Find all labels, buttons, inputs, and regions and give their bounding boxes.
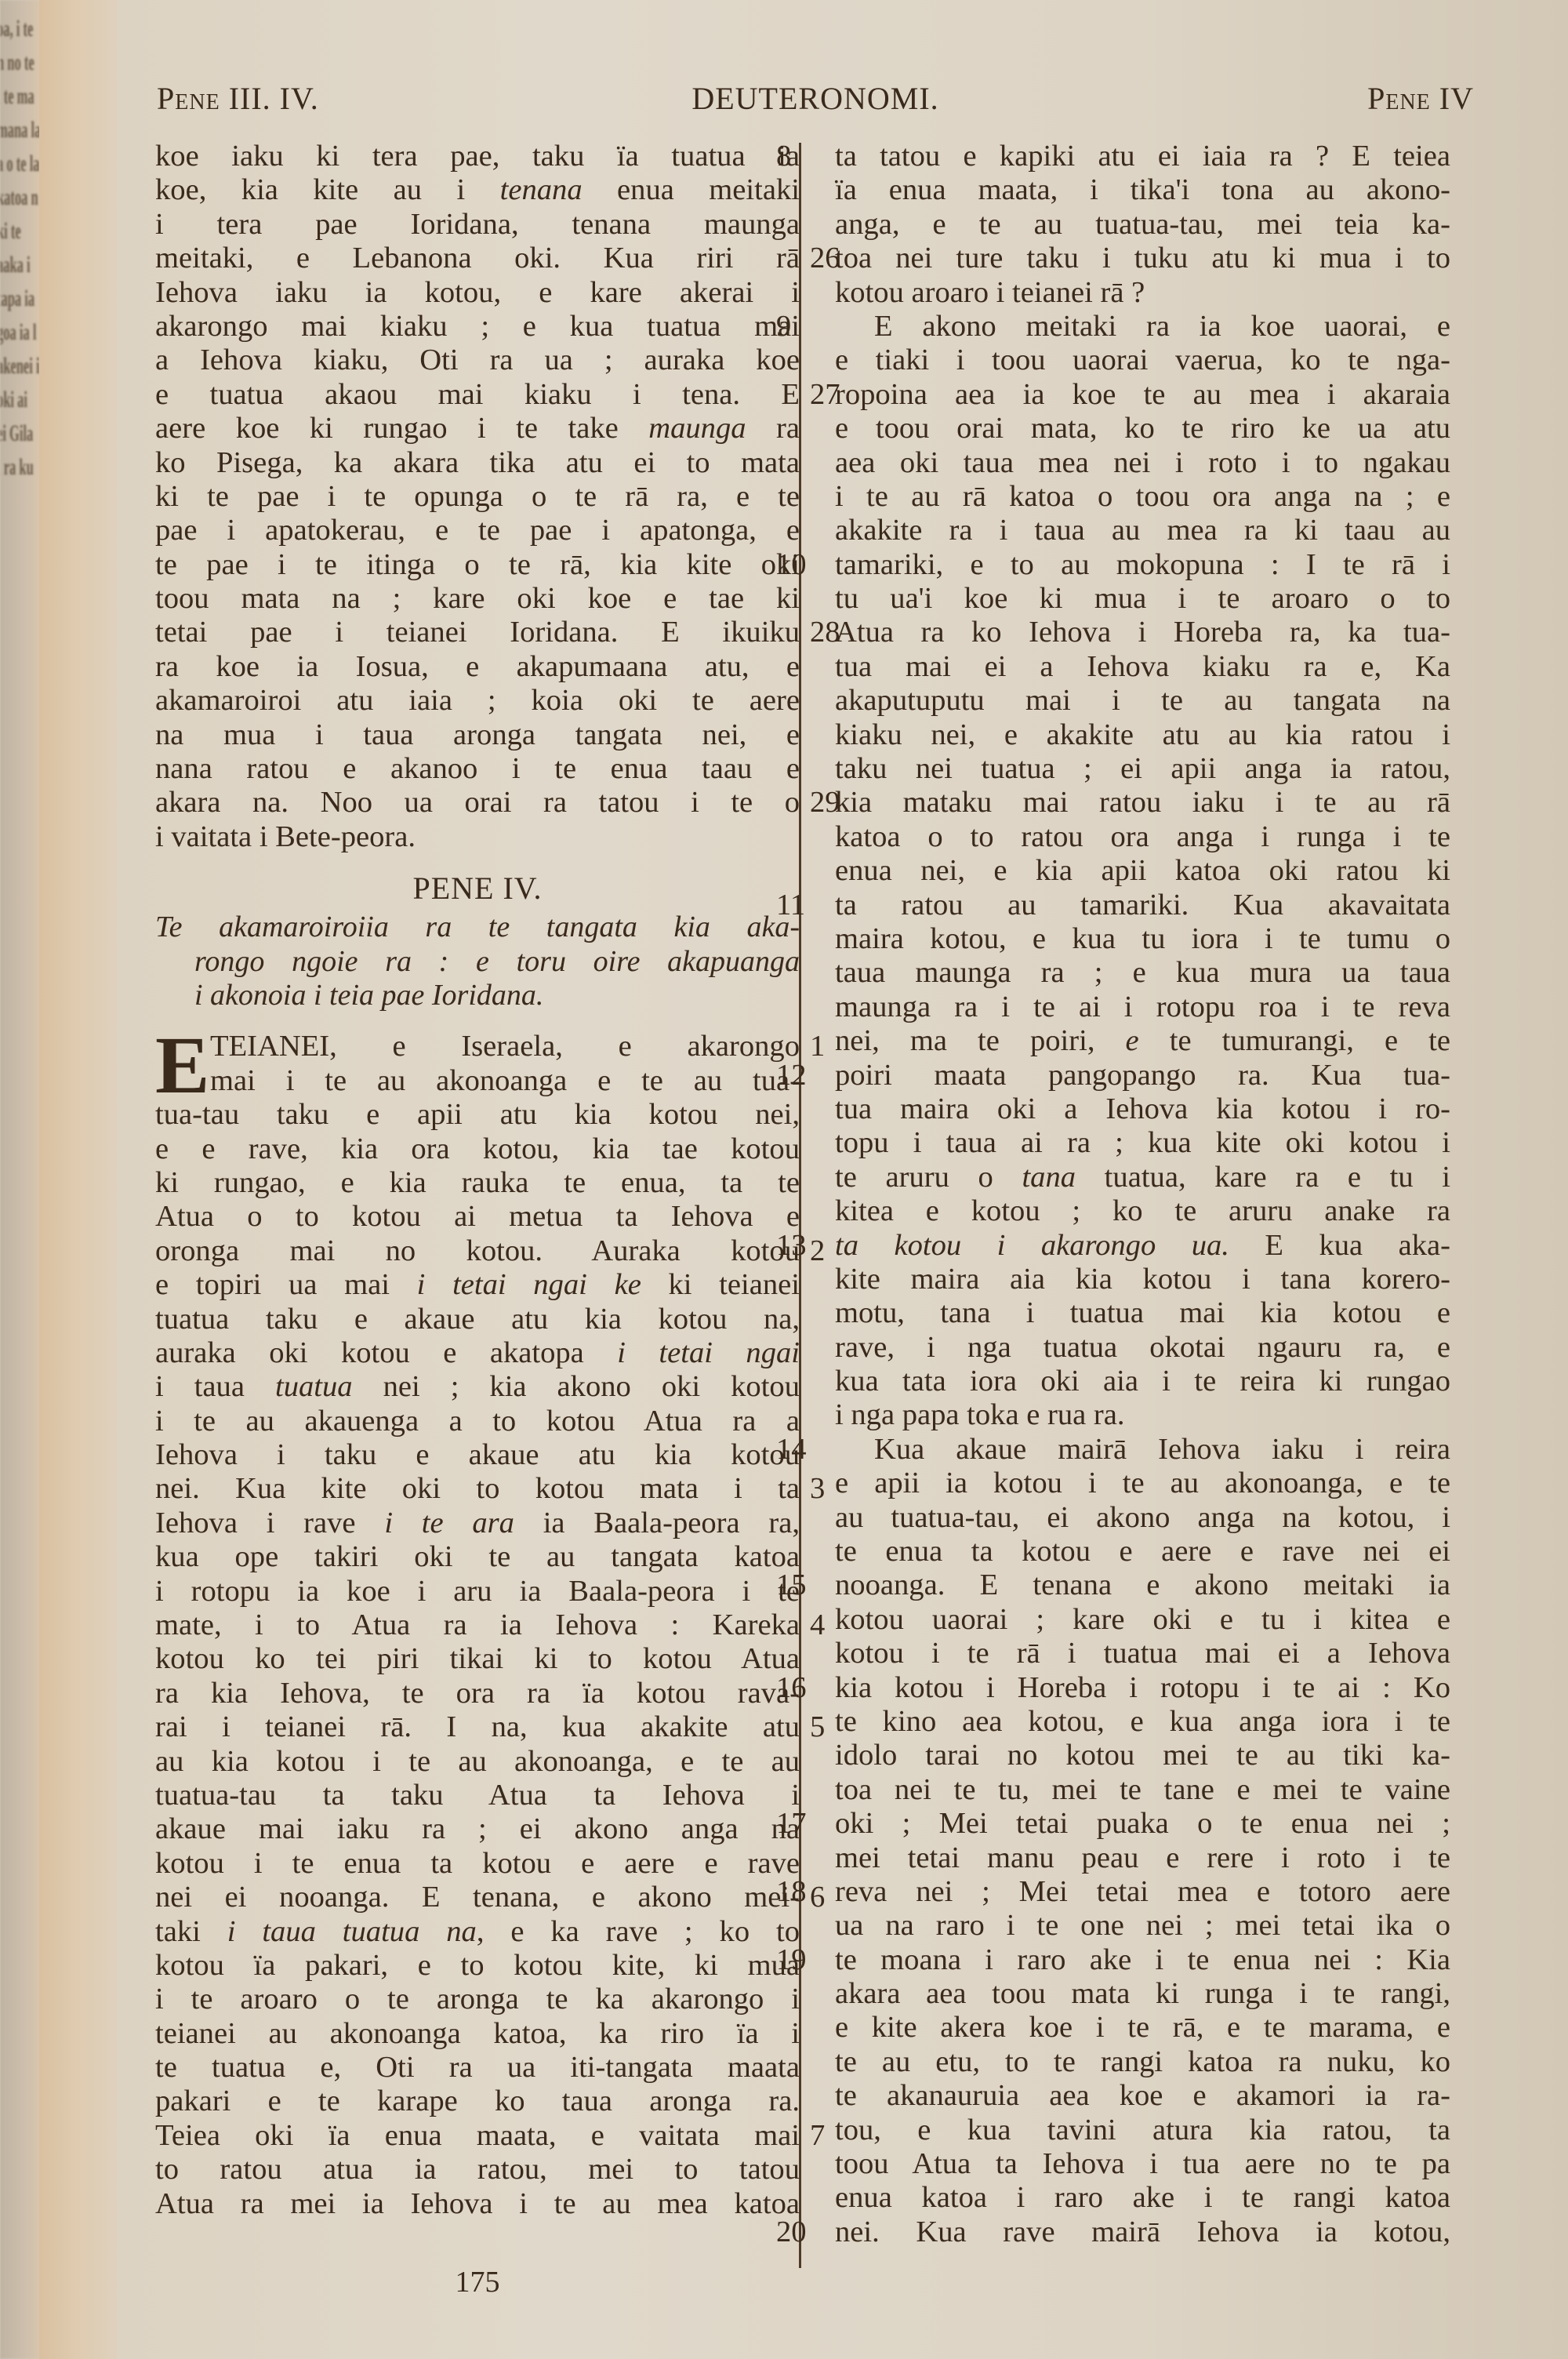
text-line: au kia kotou i te au akonoanga, e te au: [155, 1745, 800, 1779]
text-line: kiaku nei, e akakite atu au kia ratou i: [835, 718, 1450, 752]
text-line: toa nei ture taku i tuku atu ki mua i to: [835, 242, 1450, 275]
text-line: tua mai ei a Iehova kiaku ra e, Ka: [835, 650, 1450, 684]
line-text: akara na. Noo ua orai ra tatou i te o: [155, 786, 800, 820]
bleed-text: goa ia l: [0, 319, 36, 346]
line-text: a Iehova kiaku, Oti ra ua ; auraka koe: [155, 343, 800, 377]
text-line: i nga papa toka e rua ra.: [835, 1398, 1450, 1432]
text-line: i te au rā katoa o toou ora anga na ; e: [835, 480, 1450, 514]
line-text: enua katoa i raro ake i te rangi katoa: [835, 2181, 1450, 2215]
line-text: toou mata na ; kare oki koe e tae ki: [155, 582, 800, 616]
line-text: Iehova i rave i te ara ia Baala-peora ra…: [155, 1507, 800, 1540]
bleed-text: oa, i te: [0, 16, 33, 42]
line-text: e kite akera koe i te rā, e te marama, e: [835, 2011, 1450, 2045]
line-text: kua tata iora oki aia i te reira ki rung…: [835, 1365, 1450, 1398]
line-text: ko Pisega, ka akara tika atu ei to mata: [155, 446, 800, 480]
text-line: katoa o to ratou ora anga i runga i te: [835, 820, 1450, 854]
line-text: tuatua taku e akaue atu kia kotou na,: [155, 1303, 800, 1336]
line-text: kua ope takiri oki te au tangata katoa: [155, 1540, 800, 1574]
text-line: te moana i raro ake i te enua nei : Kia1…: [835, 1943, 1450, 1977]
line-text: tua maira oki a Iehova kia kotou i ro-: [835, 1092, 1450, 1126]
text-line: ra koe ia Iosua, e akapumaana atu, e: [155, 650, 800, 684]
line-text: e toou orai mata, ko te riro ke ua atu: [835, 412, 1450, 445]
verse-number: 14: [776, 1433, 823, 1467]
text-line: kia kotou i Horeba i rotopu i te ai : Ko…: [835, 1671, 1450, 1705]
line-text: au tuatua-tau, ei akono anga na kotou, i: [835, 1501, 1450, 1535]
bleed-text: aaka i: [0, 252, 31, 278]
line-text: te enua ta kotou e aere e rave nei ei: [835, 1535, 1450, 1568]
text-line: enua nei, e kia apii katoa oki ratou ki: [835, 854, 1450, 888]
book-page: Pene III. IV. DEUTERONOMI. Pene IV koe i…: [118, 0, 1568, 2359]
line-text: Iehova i taku e akaue atu kia kotou: [155, 1438, 800, 1472]
text-line: kotou i te rā i tuatua mai ei a Iehova: [835, 1637, 1450, 1670]
line-text: akamaroiroi atu iaia ; koia oki te aere: [155, 684, 800, 718]
text-line: Iehova i taku e akaue atu kia kotou: [155, 1438, 800, 1472]
line-text: akaputuputu mai i te au tangata na: [835, 684, 1450, 718]
line-text: te tuatua e, Oti ra ua iti-tangata maata: [155, 2051, 800, 2085]
line-text: akara aea toou mata ki runga i te rangi,: [835, 1977, 1450, 2011]
text-line: to ratou atua ia ratou, mei to tatou: [155, 2153, 800, 2186]
line-text: aea oki taua mea nei i roto i to ngakau: [835, 446, 1450, 480]
line-text: kotou i te enua ta kotou e aere e rave: [155, 1847, 800, 1881]
line-text: ua na raro i te one nei ; mei tetai ika …: [835, 1909, 1450, 1943]
line-text: akarongo mai kiaku ; e kua tuatua mai: [155, 310, 800, 343]
verse-number: 18: [776, 1875, 823, 1909]
text-line: kotou ko tei piri tikai ki to kotou Atua: [155, 1642, 800, 1676]
text-line: tuatua-tau ta taku Atua ta Iehova i: [155, 1779, 800, 1812]
text-line: te au etu, to te rangi katoa ra nuku, ko: [835, 2045, 1450, 2079]
text-line: kua ope takiri oki te au tangata katoa: [155, 1540, 800, 1574]
line-text: i tera pae Ioridana, tenana maunga: [155, 208, 800, 242]
text-line: ua na raro i te one nei ; mei tetai ika …: [835, 1909, 1450, 1943]
text-line: nana ratou e akanoo i te enua taau e: [155, 752, 800, 786]
text-line: taua maunga ra ; e kua mura ua taua: [835, 956, 1450, 990]
bleed-text: akenei i: [0, 353, 40, 380]
line-text: akakite ra i taua au mea ra ki taau au: [835, 514, 1450, 547]
text-line: maunga ra i te ai i rotopu roa i te reva: [835, 990, 1450, 1024]
text-line: pae i apatokerau, e te pae i apatonga, e: [155, 514, 800, 547]
line-text: to ratou atua ia ratou, mei to tatou: [155, 2153, 800, 2186]
line-text: koe iaku ki tera pae, taku ïa tuatua ia: [155, 140, 800, 173]
text-line: akara na. Noo ua orai ra tatou i te o29: [155, 786, 800, 820]
text-line: te pae i te itinga o te rā, kia kite oki: [155, 548, 800, 582]
text-line: te aruru o tana tuatua, kare ra e tu i: [835, 1161, 1450, 1194]
line-text: i nga papa toka e rua ra.: [835, 1398, 1450, 1432]
text-line: akarongo mai kiaku ; e kua tuatua mai: [155, 310, 800, 343]
line-text: te kino aea kotou, e kua anga iora i te: [835, 1705, 1450, 1739]
text-line: Iehova i rave i te ara ia Baala-peora ra…: [155, 1507, 800, 1540]
book-title: DEUTERONOMI.: [157, 80, 1474, 117]
text-line: aea oki taua mea nei i roto i to ngakau: [835, 446, 1450, 480]
text-line: kua tata iora oki aia i te reira ki rung…: [835, 1365, 1450, 1398]
text-line: nei. Kua rave mairā Iehova ia kotou,20: [835, 2215, 1450, 2249]
line-text: i rotopu ia koe i aru ia Baala-peora i t…: [155, 1575, 800, 1608]
line-text: na mua i taua aronga tangata nei, e: [155, 718, 800, 752]
previous-page-bleed: oa, i ten no tei te mamana laa o te laka…: [0, 0, 41, 2359]
line-text: maira kotou, e kua tu iora i te tumu o: [835, 922, 1450, 956]
line-text: e tuatua akaou mai kiaku i tena. E: [155, 378, 800, 412]
text-line: i rotopu ia koe i aru ia Baala-peora i t…: [155, 1575, 800, 1608]
line-text: toa nei ture taku i tuku atu ki mua i to: [835, 242, 1450, 275]
line-text: mei tetai manu peau e rere i roto i te: [835, 1841, 1450, 1875]
bleed-text: tapa ia: [0, 285, 34, 312]
text-line: nei, ma te poiri, e te tumurangi, e te: [835, 1024, 1450, 1058]
line-text: ta kotou i akarongo ua. E kua aka-: [835, 1229, 1450, 1263]
text-line: maira kotou, e kua tu iora i te tumu o: [835, 922, 1450, 956]
line-text: nei, ma te poiri, e te tumurangi, e te: [835, 1024, 1450, 1058]
line-text: kotou ko tei piri tikai ki to kotou Atua: [155, 1642, 800, 1676]
line-text: idolo tarai no kotou mei te au tiki ka-: [835, 1739, 1450, 1772]
line-text: oki ; Mei tetai puaka o te enua nei ;: [835, 1807, 1450, 1841]
line-text: kitea e kotou ; ko te aruru anake ra: [835, 1194, 1450, 1228]
line-text: Atua o to kotou ai metua ta Iehova e: [155, 1200, 800, 1234]
text-line: Kua akaue mairā Iehova iaku i reira14: [835, 1433, 1450, 1467]
text-line: enua katoa i raro ake i te rangi katoa: [835, 2181, 1450, 2215]
line-text: auraka oki kotou e akatopa i tetai ngai: [155, 1336, 800, 1370]
line-text: ki rungao, e kia rauka te enua, ta te: [155, 1166, 800, 1200]
text-line: ki rungao, e kia rauka te enua, ta te: [155, 1166, 800, 1200]
text-line: mate, i to Atua ra ia Iehova : Kareka4: [155, 1608, 800, 1642]
line-text: ki te pae i te opunga o te rā ra, e te: [155, 480, 800, 514]
text-line: taku nei tuatua ; ei apii anga ia ratou,: [835, 752, 1450, 786]
line-text: nana ratou e akanoo i te enua taau e: [155, 752, 800, 786]
summary-line: Te akamaroiroiia ra te tangata kia aka-: [155, 911, 800, 944]
text-line: koe iaku ki tera pae, taku ïa tuatua ia: [155, 140, 800, 173]
text-line: i tera pae Ioridana, tenana maunga: [155, 208, 800, 242]
text-line: akara aea toou mata ki runga i te rangi,: [835, 1977, 1450, 2011]
chapter-3-end-text: koe iaku ki tera pae, taku ïa tuatua iak…: [155, 140, 800, 854]
line-text: kiaku nei, e akakite atu au kia ratou i: [835, 718, 1450, 752]
right-column: ta tatou e kapiki atu ei iaia ra ? E tei…: [835, 140, 1450, 2249]
text-line: teianei au akonoanga katoa, ka riro ïa i: [155, 2017, 800, 2051]
line-text: ta ratou au tamariki. Kua akavaitata: [835, 889, 1450, 922]
line-text: reva nei ; Mei tetai mea e totoro aere: [835, 1875, 1450, 1909]
text-line: a Iehova kiaku, Oti ra ua ; auraka koe: [155, 343, 800, 377]
line-text: e topiri ua mai i tetai ngai ke ki teian…: [155, 1268, 800, 1302]
line-text: te akanauruia aea koe e akamori ia ra-: [835, 2079, 1450, 2113]
bleed-text: ei Gila: [0, 420, 33, 447]
text-line: ropoina aea ia koe te au mea i akaraia: [835, 378, 1450, 412]
text-line: ra kia Iehova, te ora ra ïa kotou rava-: [155, 1677, 800, 1710]
line-text: kia kotou i Horeba i rotopu i te ai : Ko: [835, 1671, 1450, 1705]
text-line: te tuatua e, Oti ra ua iti-tangata maata: [155, 2051, 800, 2085]
line-text: taki i taua tuatua na, e ka rave ; ko to: [155, 1915, 800, 1949]
text-line: auraka oki kotou e akatopa i tetai ngai: [155, 1336, 800, 1370]
bleed-text: katoa n: [0, 184, 38, 211]
line-text: koe, kia kite au i tenana enua meitaki: [155, 173, 800, 207]
line-text: motu, tana i tuatua mai kia kotou e: [835, 1296, 1450, 1330]
text-line: nei. Kua kite oki to kotou mata i ta3: [155, 1472, 800, 1506]
line-text: topu i taua ai ra ; kua kite oki kotou i: [835, 1126, 1450, 1160]
running-head-right: Pene IV: [1367, 80, 1474, 117]
text-line: nooanga. E tenana e akono meitaki ia15: [835, 1568, 1450, 1602]
text-line: tetai pae i teianei Ioridana. E ikuiku28: [155, 616, 800, 649]
text-line: na mua i taua aronga tangata nei, e: [155, 718, 800, 752]
line-text: au kia kotou i te au akonoanga, e te au: [155, 1745, 800, 1779]
text-line: kite maira aia kia kotou i tana korero-: [835, 1263, 1450, 1296]
line-text: e tiaki i toou uaorai vaerua, ko te nga-: [835, 343, 1450, 377]
line-text: i vaitata i Bete-peora.: [155, 820, 800, 854]
page-number: 175: [155, 2265, 800, 2299]
text-line: pakari e te karape ko taua aronga ra.: [155, 2085, 800, 2118]
text-line: rave, i nga tuatua okotai ngauru ra, e: [835, 1331, 1450, 1365]
line-text: poiri maata pangopango ra. Kua tua-: [835, 1059, 1450, 1092]
text-line: akakite ra i taua au mea ra ki taau au: [835, 514, 1450, 547]
line-text: te aruru o tana tuatua, kare ra e tu i: [835, 1161, 1450, 1194]
text-line: kotou uaorai ; kare oki e tu i kitea e: [835, 1603, 1450, 1637]
text-line: Atua ra mei ia Iehova i te au mea katoa: [155, 2187, 800, 2221]
line-text: rave, i nga tuatua okotai ngauru ra, e: [835, 1331, 1450, 1365]
text-line: oronga mai no kotou. Auraka kotou2: [155, 1234, 800, 1268]
verse-number: 3: [810, 1472, 825, 1506]
text-line: tamariki, e to au mokopuna : I te rā i10: [835, 548, 1450, 582]
line-text: katoa o to ratou ora anga i runga i te: [835, 820, 1450, 854]
text-line: reva nei ; Mei tetai mea e totoro aere18: [835, 1875, 1450, 1909]
verse-number: 20: [776, 2215, 823, 2249]
line-text: taua maunga ra ; e kua mura ua taua: [835, 956, 1450, 990]
text-line: toou mata na ; kare oki koe e tae ki: [155, 582, 800, 616]
line-text: kite maira aia kia kotou i tana korero-: [835, 1263, 1450, 1296]
text-line: i vaitata i Bete-peora.: [155, 820, 800, 854]
verse-number: 7: [810, 2119, 825, 2153]
text-line: E akono meitaki ra ia koe uaorai, e9: [835, 310, 1450, 343]
text-line: i te aroaro o te aronga te ka akarongo i: [155, 1983, 800, 2016]
text-line: tua maira oki a Iehova kia kotou i ro-: [835, 1092, 1450, 1126]
text-line: idolo tarai no kotou mei te au tiki ka-: [835, 1739, 1450, 1772]
text-line: ki te pae i te opunga o te rā ra, e te: [155, 480, 800, 514]
text-line: akaue mai iaku ra ; ei akono anga na: [155, 1812, 800, 1846]
summary-line: rongo ngoie ra : e toru oire akapuanga: [155, 945, 800, 979]
text-line: kia mataku mai ratou iaku i te au rā: [835, 786, 1450, 820]
text-line: rai i teianei rā. I na, kua akakite atu5: [155, 1710, 800, 1744]
text-line: poiri maata pangopango ra. Kua tua-12: [835, 1059, 1450, 1092]
text-line: taki i taua tuatua na, e ka rave ; ko to: [155, 1915, 800, 1949]
text-line: koe, kia kite au i tenana enua meitaki: [155, 173, 800, 207]
bleed-text: mana la: [0, 117, 41, 144]
line-text: i te aroaro o te aronga te ka akarongo i: [155, 1983, 800, 2016]
text-line: topu i taua ai ra ; kua kite oki kotou i: [835, 1126, 1450, 1160]
text-line: e topiri ua mai i tetai ngai ke ki teian…: [155, 1268, 800, 1302]
line-text: kia mataku mai ratou iaku i te au rā: [835, 786, 1450, 820]
text-line: motu, tana i tuatua mai kia kotou e: [835, 1296, 1450, 1330]
chapter-heading: PENE IV.: [155, 854, 800, 911]
text-line: tu ua'i koe ki mua i te aroaro o to: [835, 582, 1450, 616]
line-text: nei. Kua rave mairā Iehova ia kotou,: [835, 2215, 1450, 2249]
text-line: ko Pisega, ka akara tika atu ei to mata: [155, 446, 800, 480]
left-column: koe iaku ki tera pae, taku ïa tuatua iak…: [155, 140, 800, 2221]
bleed-text: n no te: [0, 49, 34, 76]
text-line: e toou orai mata, ko te riro ke ua atu: [835, 412, 1450, 445]
text-line: te kino aea kotou, e kua anga iora i te: [835, 1705, 1450, 1739]
text-line: tua-tau taku e apii atu kia kotou nei,: [155, 1098, 800, 1132]
text-line: i te au akauenga a to kotou Atua ra a: [155, 1405, 800, 1438]
line-text: nei. Kua kite oki to kotou mata i ta: [155, 1472, 800, 1506]
verse-number: 10: [776, 548, 823, 582]
verse-number: 8: [776, 140, 823, 173]
text-line: ta kotou i akarongo ua. E kua aka-13: [835, 1229, 1450, 1263]
line-text: nooanga. E tenana e akono meitaki ia: [835, 1568, 1450, 1602]
text-line: Teiea oki ïa enua maata, e vaitata mai7: [155, 2119, 800, 2153]
line-text: i te au akauenga a to kotou Atua ra a: [155, 1405, 800, 1438]
line-text: aere koe ki rungao i te take maunga ra: [155, 412, 800, 445]
text-line: toou Atua ta Iehova i tua aere no te pa: [835, 2147, 1450, 2181]
line-text: tu ua'i koe ki mua i te aroaro o to: [835, 582, 1450, 616]
line-text: e apii ia kotou i te au akonoanga, e te: [835, 1467, 1450, 1500]
line-text: mai i te au akonoanga e te au tua-: [210, 1064, 800, 1098]
text-line: kotou ïa pakari, e to kotou kite, ki mua: [155, 1949, 800, 1983]
verse-number: 16: [776, 1671, 823, 1705]
text-line: akamaroiroi atu iaia ; koia oki te aere: [155, 684, 800, 718]
bleed-text: i te ma: [0, 83, 34, 110]
text-line: te enua ta kotou e aere e rave nei ei: [835, 1535, 1450, 1568]
text-line: e tiaki i toou uaorai vaerua, ko te nga-: [835, 343, 1450, 377]
line-text: teianei au akonoanga katoa, ka riro ïa i: [155, 2017, 800, 2051]
line-text: i taua tuatua nei ; kia akono oki kotou: [155, 1370, 800, 1404]
line-text: Atua ra ko Iehova i Horeba ra, ka tua-: [835, 616, 1450, 649]
text-line: tou, e kua tavini atura kia ratou, ta: [835, 2114, 1450, 2147]
text-line: akaputuputu mai i te au tangata na: [835, 684, 1450, 718]
line-text: Iehova iaku ia kotou, e kare akerai i: [155, 276, 800, 310]
text-line: Iehova iaku ia kotou, e kare akerai i: [155, 276, 800, 310]
text-line: Atua ra ko Iehova i Horeba ra, ka tua-: [835, 616, 1450, 649]
line-text: te au etu, to te rangi katoa ra nuku, ko: [835, 2045, 1450, 2079]
line-text: ïa enua maata, i tika'i tona au akono-: [835, 173, 1450, 207]
line-text: te pae i te itinga o te rā, kia kite oki: [155, 548, 800, 582]
verse-number: 11: [776, 889, 823, 922]
line-text: Kua akaue mairā Iehova iaku i reira: [874, 1433, 1450, 1467]
line-text: rai i teianei rā. I na, kua akakite atu: [155, 1710, 800, 1744]
line-text: maunga ra i te ai i rotopu roa i te reva: [835, 990, 1450, 1024]
line-text: i te au rā katoa o toou ora anga na ; e: [835, 480, 1450, 514]
line-text: tuatua-tau ta taku Atua ta Iehova i: [155, 1779, 800, 1812]
text-line: e e rave, kia ora kotou, kia tae kotou: [155, 1132, 800, 1166]
line-text: te moana i raro ake i te enua nei : Kia: [835, 1943, 1450, 1977]
text-line: e tuatua akaou mai kiaku i tena. E27: [155, 378, 800, 412]
line-text: akaue mai iaku ra ; ei akono anga na: [155, 1812, 800, 1846]
line-text: nei ei nooanga. E tenana, e akono mei-: [155, 1881, 800, 1914]
line-text: ropoina aea ia koe te au mea i akaraia: [835, 378, 1450, 412]
text-line: ta ratou au tamariki. Kua akavaitata11: [835, 889, 1450, 922]
line-text: tamariki, e to au mokopuna : I te rā i: [835, 548, 1450, 582]
verse-number: 13: [776, 1229, 823, 1263]
line-text: pae i apatokerau, e te pae i apatonga, e: [155, 514, 800, 547]
text-line: ta tatou e kapiki atu ei iaia ra ? E tei…: [835, 140, 1450, 173]
verse-number: 5: [810, 1710, 825, 1744]
line-text: E akono meitaki ra ia koe uaorai, e: [874, 310, 1450, 343]
verse-number: 9: [776, 310, 823, 343]
summary-line: i akonoia i teia pae Ioridana.: [155, 979, 800, 1012]
verse-number: 4: [810, 1608, 825, 1642]
text-line: mei tetai manu peau e rere i roto i te: [835, 1841, 1450, 1875]
chapter-summary: Te akamaroiroiia ra te tangata kia aka-r…: [155, 911, 800, 1012]
text-line: e apii ia kotou i te au akonoanga, e te: [835, 1467, 1450, 1500]
line-text: kotou uaorai ; kare oki e tu i kitea e: [835, 1603, 1450, 1637]
bleed-text: a o te la: [0, 151, 40, 177]
line-text: toa nei te tu, mei te tane e mei te vain…: [835, 1773, 1450, 1807]
line-text: taku nei tuatua ; ei apii anga ia ratou,: [835, 752, 1450, 786]
text-line: i taua tuatua nei ; kia akono oki kotou: [155, 1370, 800, 1404]
line-text: pakari e te karape ko taua aronga ra.: [155, 2085, 800, 2118]
text-line: TEIANEI, e Iseraela, e akarongo1: [155, 1030, 800, 1063]
text-line: kotou i te enua ta kotou e aere e rave: [155, 1847, 800, 1881]
text-line: au tuatua-tau, ei akono anga na kotou, i: [835, 1501, 1450, 1535]
text-line: tuatua taku e akaue atu kia kotou na,: [155, 1303, 800, 1336]
text-line: kitea e kotou ; ko te aruru anake ra: [835, 1194, 1450, 1228]
line-text: tetai pae i teianei Ioridana. E ikuiku: [155, 616, 800, 649]
line-text: anga, e te au tuatua-tau, mei teia ka-: [835, 208, 1450, 242]
line-text: Atua ra mei ia Iehova i te au mea katoa: [155, 2187, 800, 2221]
bleed-text: i ra ku: [0, 454, 34, 481]
text-line: kotou aroaro i teianei rā ?: [835, 276, 1450, 310]
line-text: kotou ïa pakari, e to kotou kite, ki mua: [155, 1949, 800, 1983]
text-line: nei ei nooanga. E tenana, e akono mei-6: [155, 1881, 800, 1914]
text-line: te akanauruia aea koe e akamori ia ra-: [835, 2079, 1450, 2113]
bleed-text: ki te: [0, 218, 21, 245]
line-text: meitaki, e Lebanona oki. Kua riri rā: [155, 242, 800, 275]
verse-number: 19: [776, 1943, 823, 1977]
line-text: e e rave, kia ora kotou, kia tae kotou: [155, 1132, 800, 1166]
text-line: toa nei te tu, mei te tane e mei te vain…: [835, 1773, 1450, 1807]
line-text: TEIANEI, e Iseraela, e akarongo: [210, 1030, 800, 1063]
line-text: kotou aroaro i teianei rā ?: [835, 276, 1450, 310]
chapter-4-text: E TEIANEI, e Iseraela, e akarongo1mai i …: [155, 1030, 800, 2221]
line-text: oronga mai no kotou. Auraka kotou: [155, 1234, 800, 1268]
line-text: ta tatou e kapiki atu ei iaia ra ? E tei…: [835, 140, 1450, 173]
line-text: tou, e kua tavini atura kia ratou, ta: [835, 2114, 1450, 2147]
line-text: toou Atua ta Iehova i tua aere no te pa: [835, 2147, 1450, 2181]
line-text: ra koe ia Iosua, e akapumaana atu, e: [155, 650, 800, 684]
text-line: meitaki, e Lebanona oki. Kua riri rā26: [155, 242, 800, 275]
verse-number: 12: [776, 1059, 823, 1092]
text-line: e kite akera koe i te rā, e te marama, e: [835, 2011, 1450, 2045]
text-line: oki ; Mei tetai puaka o te enua nei ;17: [835, 1807, 1450, 1841]
line-text: enua nei, e kia apii katoa oki ratou ki: [835, 854, 1450, 888]
running-head: Pene III. IV. DEUTERONOMI. Pene IV: [157, 80, 1474, 119]
text-line: anga, e te au tuatua-tau, mei teia ka-: [835, 208, 1450, 242]
text-line: ïa enua maata, i tika'i tona au akono-: [835, 173, 1450, 207]
line-text: Teiea oki ïa enua maata, e vaitata mai: [155, 2119, 800, 2153]
line-text: tua mai ei a Iehova kiaku ra e, Ka: [835, 650, 1450, 684]
bleed-text: oki ai: [0, 387, 27, 413]
text-line: mai i te au akonoanga e te au tua-: [155, 1064, 800, 1098]
line-text: kotou i te rā i tuatua mai ei a Iehova: [835, 1637, 1450, 1670]
text-line: Atua o to kotou ai metua ta Iehova e: [155, 1200, 800, 1234]
text-line: aere koe ki rungao i te take maunga ra: [155, 412, 800, 445]
verse-number: 15: [776, 1568, 823, 1602]
line-text: mate, i to Atua ra ia Iehova : Kareka: [155, 1608, 800, 1642]
line-text: ra kia Iehova, te ora ra ïa kotou rava-: [155, 1677, 800, 1710]
verse-number: 17: [776, 1807, 823, 1841]
line-text: tua-tau taku e apii atu kia kotou nei,: [155, 1098, 800, 1132]
